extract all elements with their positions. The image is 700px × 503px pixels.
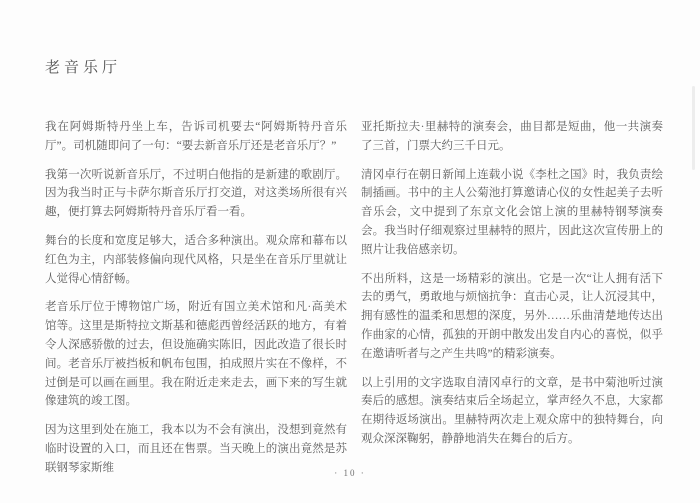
paragraph: 舞台的长度和宽度足够大，适合多种演出。观众席和幕布以红色为主，内部装修偏向现代风… bbox=[45, 232, 347, 288]
text-columns: 我在阿姆斯特丹坐上车，告诉司机要去“阿姆斯特丹音乐厅”。司机随即问了一句：“要去… bbox=[45, 118, 663, 478]
paragraph: 不出所料，这是一场精彩的演出。它是一次“让人拥有活下去的勇气，勇敢地与烦恼抗争：… bbox=[361, 270, 663, 364]
paragraph: 我第一次听说新音乐厅，不过明白他指的是新建的歌剧厅。因为我当时正与卡萨尔斯音乐厅… bbox=[45, 166, 347, 222]
chapter-title: 老音乐厅 bbox=[45, 56, 121, 77]
page-number: · 10 · bbox=[0, 468, 700, 478]
paragraph: 清冈卓行在朝日新闻上连载小说《李杜之国》时，我负责绘制插画。书中的主人公菊池打算… bbox=[361, 166, 663, 260]
paragraph: 我在阿姆斯特丹坐上车，告诉司机要去“阿姆斯特丹音乐厅”。司机随即问了一句：“要去… bbox=[45, 118, 347, 156]
paragraph: 亚托斯拉夫·里赫特的演奏会，曲目都是短曲，他一共演奏了三首，门票大约三千日元。 bbox=[361, 118, 663, 156]
right-column: 亚托斯拉夫·里赫特的演奏会，曲目都是短曲，他一共演奏了三首，门票大约三千日元。 … bbox=[361, 118, 663, 478]
paragraph: 以上引用的文字选取自清冈卓行的文章，是书中菊池听过演奏后的感想。演奏结束后全场起… bbox=[361, 374, 663, 449]
book-page: 老音乐厅 我在阿姆斯特丹坐上车，告诉司机要去“阿姆斯特丹音乐厅”。司机随即问了一… bbox=[0, 0, 700, 503]
page-edge-mark bbox=[692, 86, 695, 170]
left-column: 我在阿姆斯特丹坐上车，告诉司机要去“阿姆斯特丹音乐厅”。司机随即问了一句：“要去… bbox=[45, 118, 347, 478]
paragraph: 老音乐厅位于博物馆广场，附近有国立美术馆和凡·高美术馆等。这里是斯特拉文斯基和德… bbox=[45, 298, 347, 411]
